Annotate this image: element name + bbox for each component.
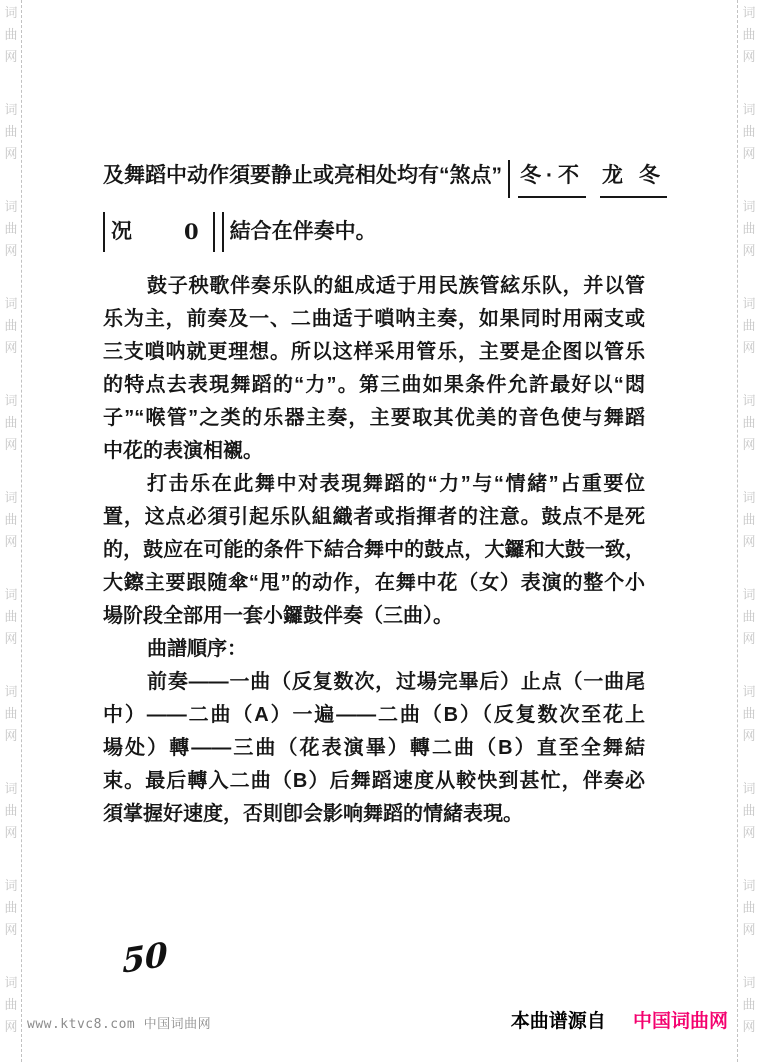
watermark-text: 词曲网 (2, 972, 20, 1038)
text-line: 的，鼓应在可能的条件下結合舞中的鼓点，大鑼和大鼓一致， (103, 534, 645, 567)
barline-icon (508, 160, 510, 198)
barline-icon (103, 212, 105, 252)
page-content: 及舞蹈中动作須要静止或亮相处均有“煞点” 冬·不 龙 冬 况 0 結合在伴奏中。… (103, 160, 645, 831)
text-line: 大鑔主要跟随傘“甩”的动作，在舞中花（女）表演的整个小 (103, 567, 645, 600)
watermark-text: 词曲网 (740, 972, 758, 1038)
footer-source-prefix: 本曲谱源自 (511, 1011, 606, 1032)
text-line: 曲譜順序： (103, 633, 645, 666)
watermark-text: 词曲网 (2, 875, 20, 941)
watermark-text: 词曲网 (740, 584, 758, 650)
notation-group: 龙 冬 (600, 160, 667, 198)
watermark-text: 词曲网 (740, 293, 758, 359)
watermark-text: 词曲网 (740, 875, 758, 941)
percussion-notation: 冬·不 龙 冬 (518, 160, 667, 198)
watermark-text: 词曲网 (2, 487, 20, 553)
body-text: 鼓子秧歌伴奏乐队的組成适于用民族管絃乐队，并以管乐为主，前奏及一、二曲适于嗩呐主… (103, 270, 645, 831)
watermark-column-right: 词曲网词曲网词曲网词曲网词曲网词曲网词曲网词曲网词曲网词曲网词曲网 (740, 2, 758, 1062)
watermark-text: 词曲网 (740, 487, 758, 553)
notation-line-2: 况 0 結合在伴奏中。 (103, 212, 645, 252)
notation-group: 冬·不 (518, 160, 586, 198)
text-line: 場阶段全部用一套小鑼鼓伴奏（三曲）。 (103, 600, 645, 633)
text-line: 子”“喉管”之类的乐器主奏，主要取其优美的音色使与舞蹈 (103, 402, 645, 435)
notation-syllable: 况 (111, 214, 132, 250)
watermark-text: 词曲网 (2, 681, 20, 747)
scanned-page: 词曲网词曲网词曲网词曲网词曲网词曲网词曲网词曲网词曲网词曲网词曲网 词曲网词曲网… (0, 0, 760, 1062)
dashed-border-left (21, 0, 22, 1062)
watermark-text: 词曲网 (740, 778, 758, 844)
page-number: 50 (122, 934, 168, 981)
text-line: 三支嗩呐就更理想。所以这样采用管乐，主要是企图以管乐 (103, 336, 645, 369)
watermark-text: 词曲网 (2, 390, 20, 456)
watermark-text: 词曲网 (740, 99, 758, 165)
watermark-text: 词曲网 (740, 681, 758, 747)
text-line: 前奏——一曲（反复数次，过場完畢后）止点（一曲尾 (103, 666, 645, 699)
text-line: 束。最后轉入二曲（B）后舞蹈速度从較快到甚忙，伴奏必 (103, 765, 645, 798)
watermark-column-left: 词曲网词曲网词曲网词曲网词曲网词曲网词曲网词曲网词曲网词曲网词曲网 (2, 2, 20, 1062)
footer-watermark-url: www.ktvc8.com 中国词曲网 (27, 1013, 211, 1032)
text-line: 中花的表演相襯。 (103, 435, 645, 468)
text-line: 場处）轉——三曲（花表演畢）轉二曲（B）直至全舞結 (103, 732, 645, 765)
notation-lyric: 結合在伴奏中。 (230, 214, 377, 250)
watermark-text: 词曲网 (2, 293, 20, 359)
text-line: 乐为主，前奏及一、二曲适于嗩呐主奏，如果同时用兩支或 (103, 303, 645, 336)
rest-symbol: 0 (184, 214, 199, 250)
watermark-text: 词曲网 (740, 196, 758, 262)
text-line: 鼓子秧歌伴奏乐队的組成适于用民族管絃乐队，并以管 (103, 270, 645, 303)
watermark-text: 词曲网 (740, 390, 758, 456)
watermark-text: 词曲网 (2, 584, 20, 650)
text-line: 須掌握好速度，否則卽会影响舞蹈的情緒表現。 (103, 798, 645, 831)
watermark-text: 词曲网 (2, 778, 20, 844)
lyric-line-text: 及舞蹈中动作須要静止或亮相处均有“煞点” (103, 160, 502, 192)
notation-line-1: 及舞蹈中动作須要静止或亮相处均有“煞点” 冬·不 龙 冬 (103, 160, 645, 198)
text-line: 打击乐在此舞中对表現舞蹈的“力”与“情緒”占重要位 (103, 468, 645, 501)
watermark-text: 词曲网 (740, 2, 758, 68)
footer-source: 本曲谱源自 中国词曲网 (511, 1006, 728, 1033)
dashed-border-right (737, 0, 738, 1062)
text-line: 置，这点必須引起乐队組織者或指揮者的注意。鼓点不是死 (103, 501, 645, 534)
footer-brand: 中国词曲网 (633, 1011, 728, 1032)
watermark-text: 词曲网 (2, 2, 20, 68)
watermark-text: 词曲网 (2, 196, 20, 262)
double-barline-icon (213, 212, 224, 252)
text-line: 中）——二曲（A）一遍——二曲（B）（反复数次至花上 (103, 699, 645, 732)
watermark-text: 词曲网 (2, 99, 20, 165)
text-line: 的特点去表現舞蹈的“力”。第三曲如果条件允許最好以“悶 (103, 369, 645, 402)
